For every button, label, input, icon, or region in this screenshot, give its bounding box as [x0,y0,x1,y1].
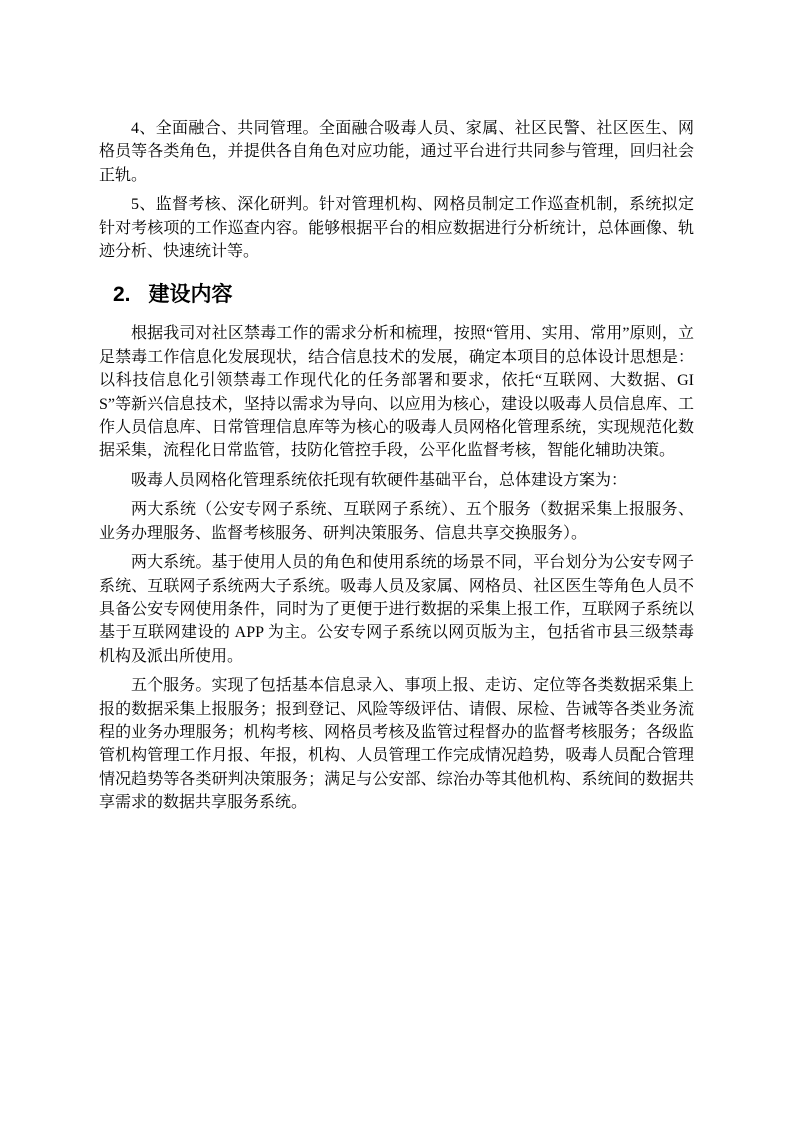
document-page: 4、全面融合、共同管理。全面融合吸毒人员、家属、社区民警、社区医生、网格员等各类… [0,0,793,1122]
body-paragraph: 两大系统。基于使用人员的角色和使用系统的场景不同，平台划分为公安专网子系统、互联… [99,551,694,668]
body-paragraph: 吸毒人员网格化管理系统依托现有软硬件基础平台，总体建设方案为： [99,469,694,492]
document-content: 4、全面融合、共同管理。全面融合吸毒人员、家属、社区民警、社区医生、网格员等各类… [99,117,694,821]
body-paragraph: 根据我司对社区禁毒工作的需求分析和梳理，按照“管用、实用、常用”原则，立足禁毒工… [99,322,694,462]
section-heading: 2. 建设内容 [99,281,694,308]
section-heading-title: 建设内容 [149,281,233,308]
body-paragraph: 两大系统（公安专网子系统、互联网子系统）、五个服务（数据采集上报服务、业务办理服… [99,498,694,545]
body-paragraph: 五个服务。实现了包括基本信息录入、事项上报、走访、定位等各类数据采集上报的数据采… [99,674,694,814]
list-item-5: 5、监督考核、深化研判。针对管理机构、网格员制定工作巡查机制，系统拟定针对考核项… [99,193,694,263]
section-heading-number: 2. [113,281,131,308]
list-item-4: 4、全面融合、共同管理。全面融合吸毒人员、家属、社区民警、社区医生、网格员等各类… [99,117,694,187]
